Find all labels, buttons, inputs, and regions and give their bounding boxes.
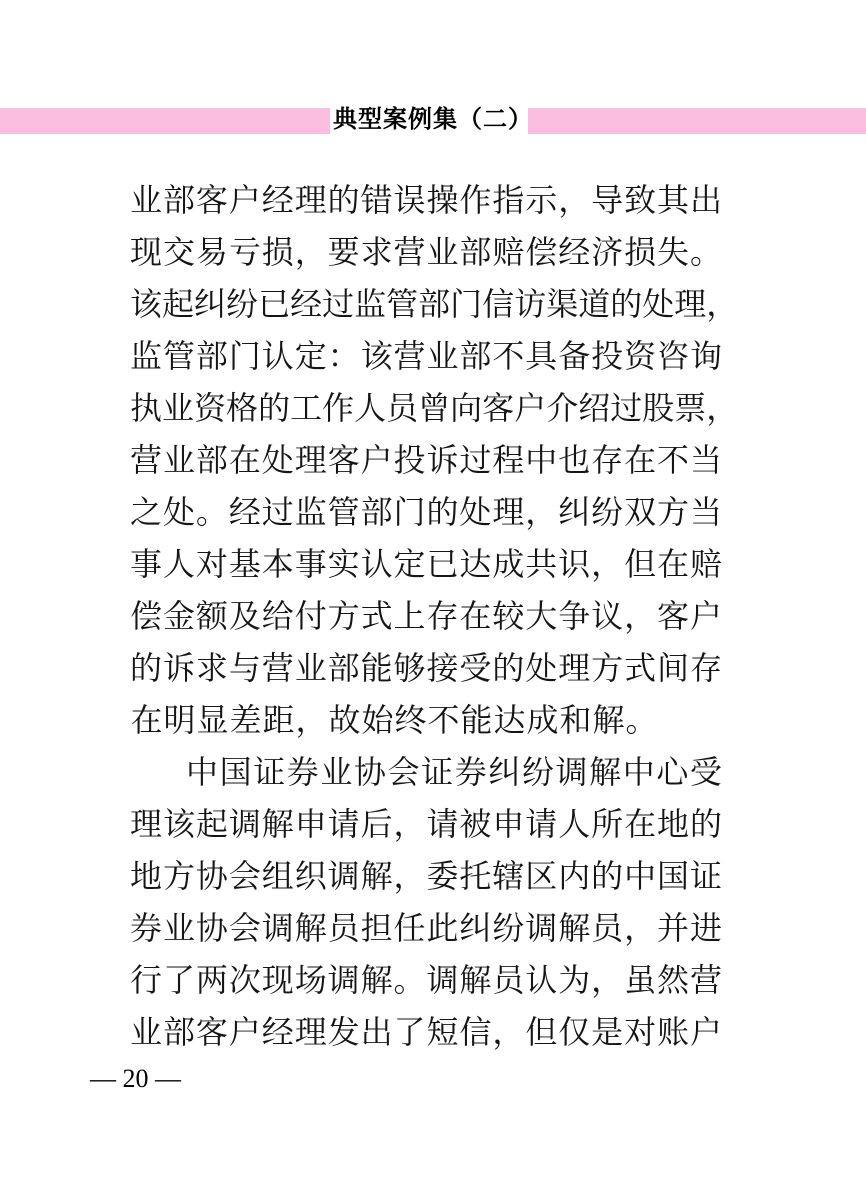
- text-line: 监管部门认定：该营业部不具备投资咨询: [130, 328, 722, 380]
- text-line: 执业资格的工作人员曾向客户介绍过股票，: [130, 380, 722, 432]
- text-line-paragraph-end: 在明显差距，故始终不能达成和解。: [130, 692, 722, 744]
- text-line: 营业部在处理客户投诉过程中也存在不当: [130, 432, 722, 484]
- text-line: 业部客户经理的错误操作指示，导致其出: [130, 172, 722, 224]
- book-page: 典型案例集（二） 业部客户经理的错误操作指示，导致其出 现交易亏损，要求营业部赔…: [0, 0, 866, 1189]
- text-line: 业部客户经理发出了短信，但仅是对账户: [130, 1004, 722, 1056]
- text-line: 事人对基本事实认定已达成共识，但在赔: [130, 536, 722, 588]
- text-line: 理该起调解申请后，请被申请人所在地的: [130, 796, 722, 848]
- text-line: 该起纠纷已经过监管部门信访渠道的处理，: [130, 276, 722, 328]
- text-line: 券业协会调解员担任此纠纷调解员，并进: [130, 900, 722, 952]
- body-text: 业部客户经理的错误操作指示，导致其出 现交易亏损，要求营业部赔偿经济损失。 该起…: [130, 172, 722, 1056]
- page-number: — 20 —: [90, 1062, 181, 1096]
- text-line: 行了两次现场调解。调解员认为，虽然营: [130, 952, 722, 1004]
- text-line: 现交易亏损，要求营业部赔偿经济损失。: [130, 224, 722, 276]
- text-line-paragraph-start: 中国证券业协会证券纠纷调解中心受: [130, 744, 722, 796]
- text-line: 地方协会组织调解，委托辖区内的中国证: [130, 848, 722, 900]
- text-line: 之处。经过监管部门的处理，纠纷双方当: [130, 484, 722, 536]
- running-header-title: 典型案例集（二）: [0, 103, 866, 137]
- text-line: 偿金额及给付方式上存在较大争议，客户: [130, 588, 722, 640]
- text-line: 的诉求与营业部能够接受的处理方式间存: [130, 640, 722, 692]
